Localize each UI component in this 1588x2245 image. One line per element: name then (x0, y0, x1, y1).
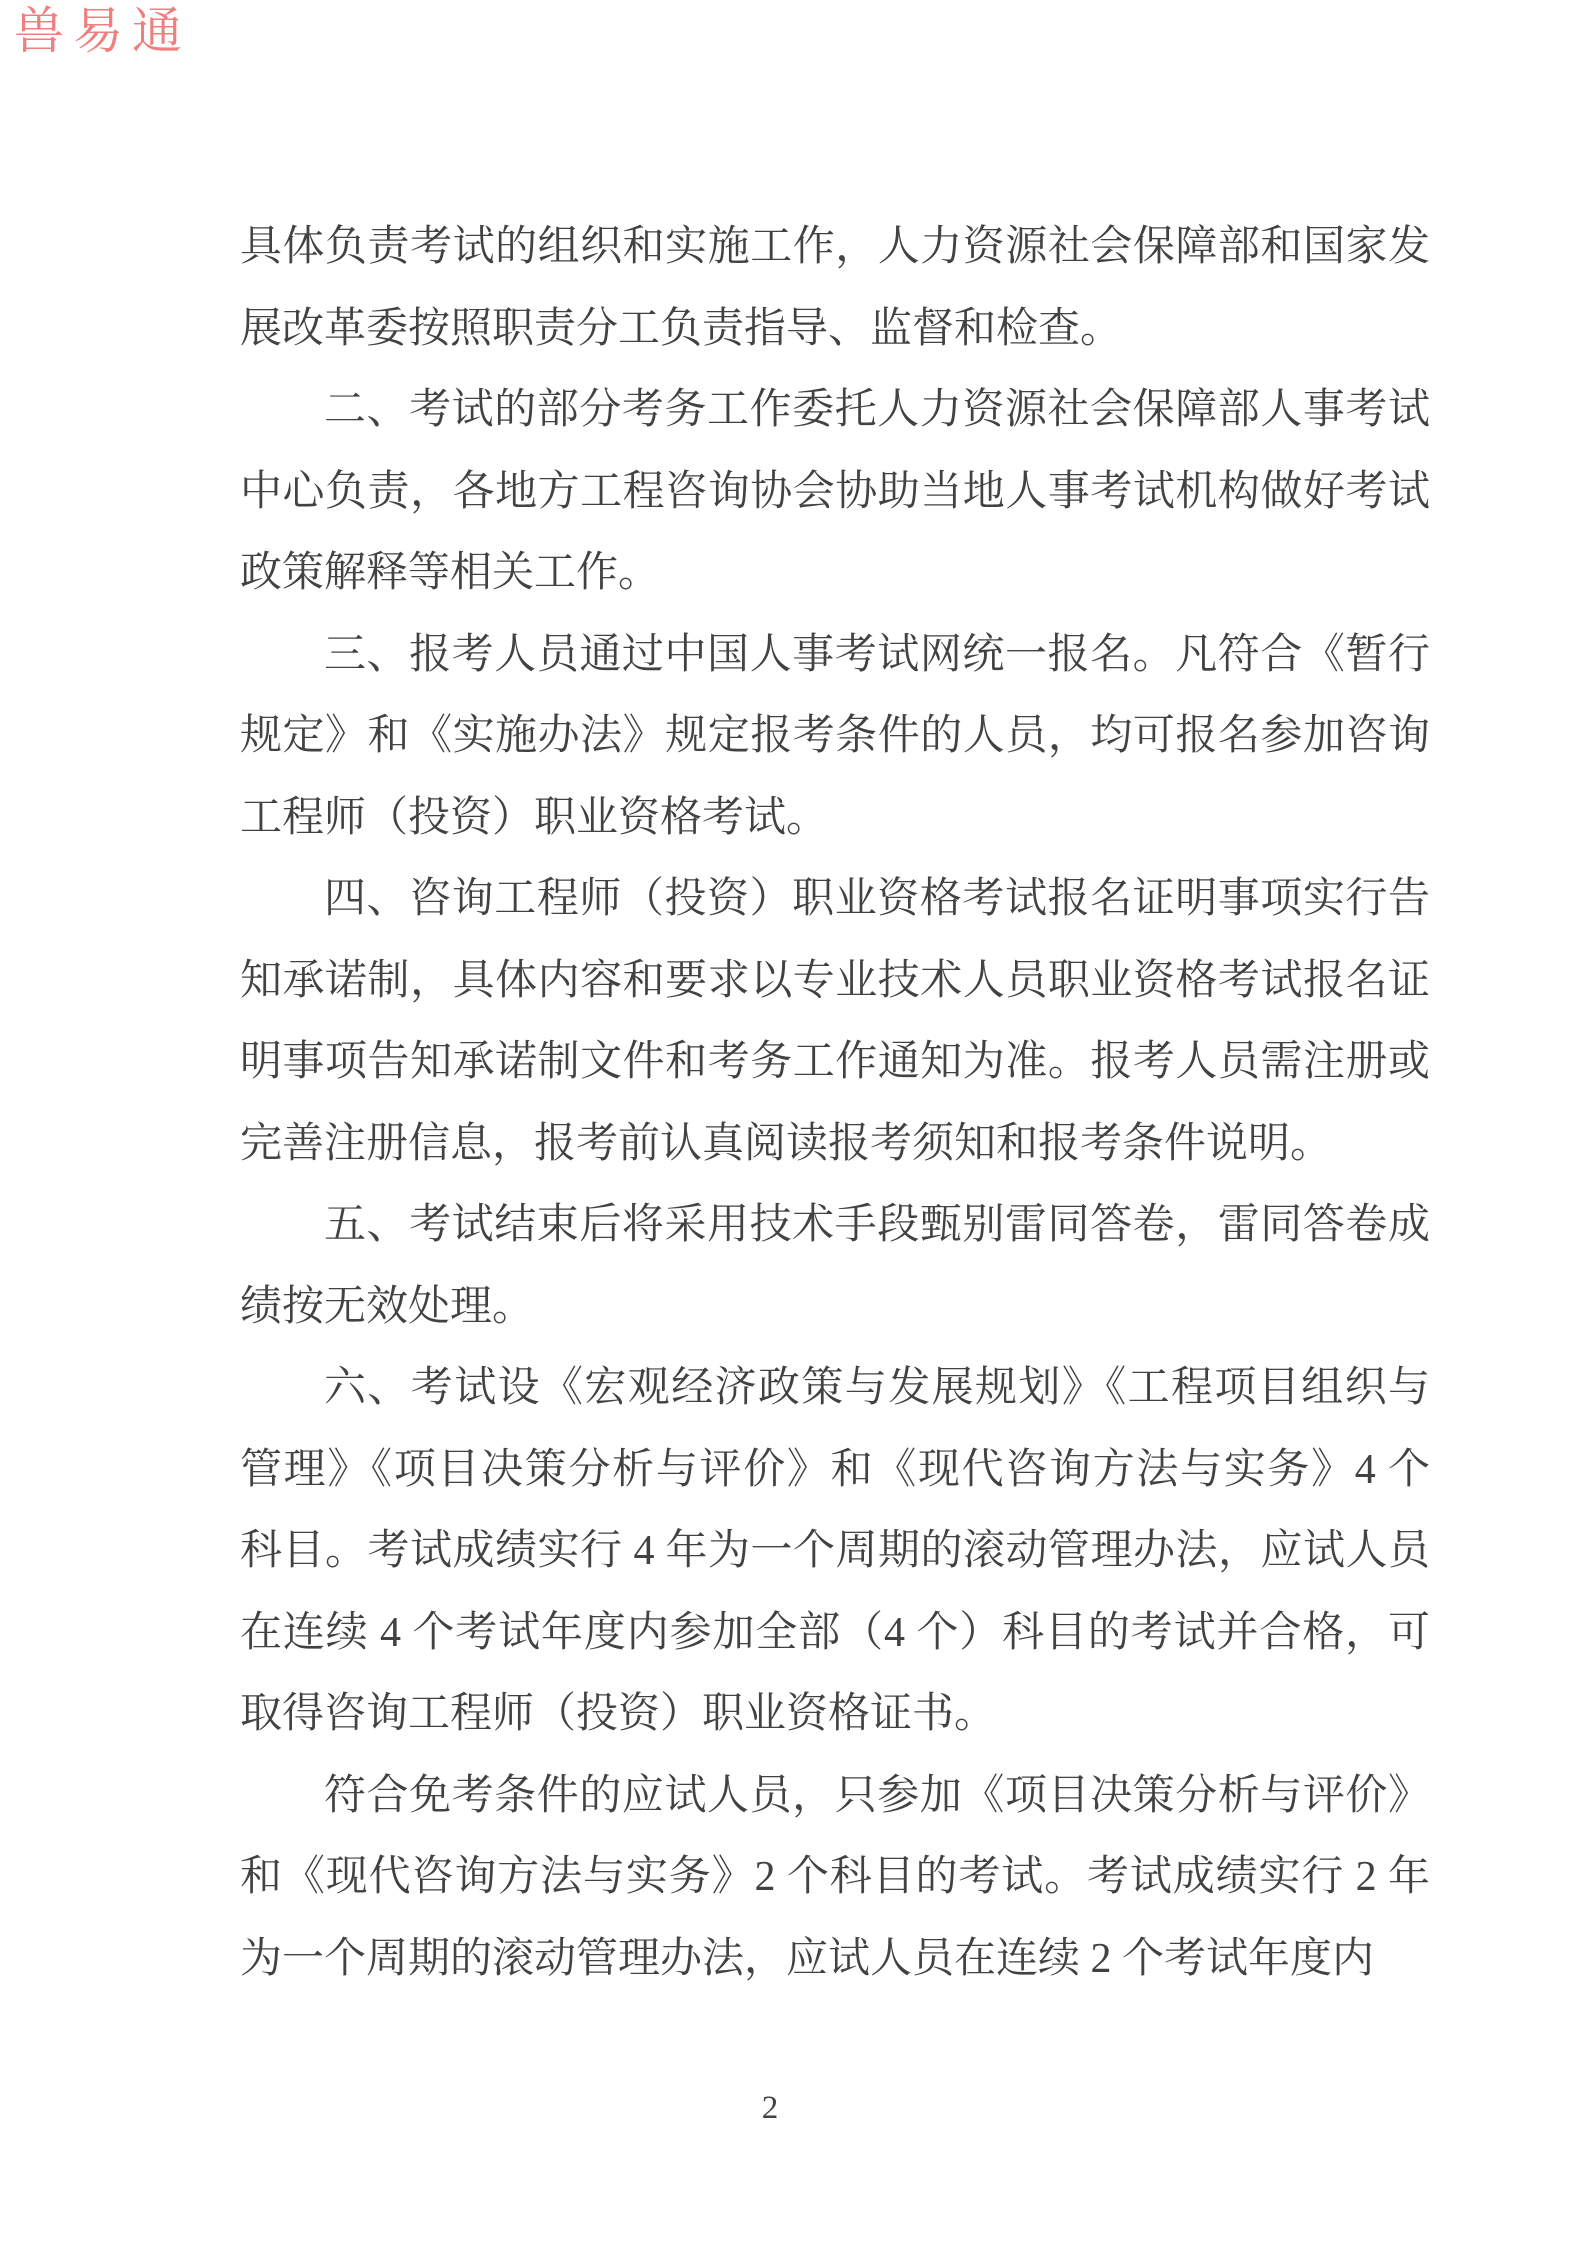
text-line: 为一个周期的滚动管理办法，应试人员在连续 2 个考试年度内 (240, 1919, 1430, 2001)
text-line: 政策解释等相关工作。 (240, 533, 1430, 615)
watermark: 兽易通 (14, 0, 191, 62)
text-line: 和《现代咨询方法与实务》2 个科目的考试。考试成绩实行 2 年 (240, 1837, 1430, 1919)
text-line: 四、咨询工程师（投资）职业资格考试报名证明事项实行告 (240, 859, 1430, 941)
text-line: 具体负责考试的组织和实施工作，人力资源社会保障部和国家发 (240, 207, 1430, 289)
text-line: 中心负责，各地方工程咨询协会协助当地人事考试机构做好考试 (240, 452, 1430, 534)
text-line: 六、考试设《宏观经济政策与发展规划》《工程项目组织与 (240, 1348, 1430, 1430)
document-body: 具体负责考试的组织和实施工作，人力资源社会保障部和国家发 展改革委按照职责分工负… (240, 207, 1430, 2000)
text-line: 规定》和《实施办法》规定报考条件的人员，均可报名参加咨询 (240, 696, 1430, 778)
text-line: 五、考试结束后将采用技术手段甄别雷同答卷，雷同答卷成 (240, 1185, 1430, 1267)
text-line: 在连续 4 个考试年度内参加全部（4 个）科目的考试并合格，可 (240, 1593, 1430, 1675)
text-line: 完善注册信息，报考前认真阅读报考须知和报考条件说明。 (240, 1104, 1430, 1186)
text-line: 二、考试的部分考务工作委托人力资源社会保障部人事考试 (240, 370, 1430, 452)
text-line: 管理》《项目决策分析与评价》和《现代咨询方法与实务》4 个 (240, 1430, 1430, 1512)
document-page: 兽易通 具体负责考试的组织和实施工作，人力资源社会保障部和国家发 展改革委按照职… (0, 0, 1588, 2245)
text-line: 明事项告知承诺制文件和考务工作通知为准。报考人员需注册或 (240, 1022, 1430, 1104)
text-line: 展改革委按照职责分工负责指导、监督和检查。 (240, 289, 1430, 371)
text-line: 科目。考试成绩实行 4 年为一个周期的滚动管理办法，应试人员 (240, 1511, 1430, 1593)
text-line: 工程师（投资）职业资格考试。 (240, 778, 1430, 860)
page-number: 2 (0, 2088, 1540, 2128)
text-line: 绩按无效处理。 (240, 1267, 1430, 1349)
text-line: 知承诺制，具体内容和要求以专业技术人员职业资格考试报名证 (240, 941, 1430, 1023)
text-line: 三、报考人员通过中国人事考试网统一报名。凡符合《暂行 (240, 615, 1430, 697)
text-line: 符合免考条件的应试人员，只参加《项目决策分析与评价》 (240, 1756, 1430, 1838)
text-line: 取得咨询工程师（投资）职业资格证书。 (240, 1674, 1430, 1756)
